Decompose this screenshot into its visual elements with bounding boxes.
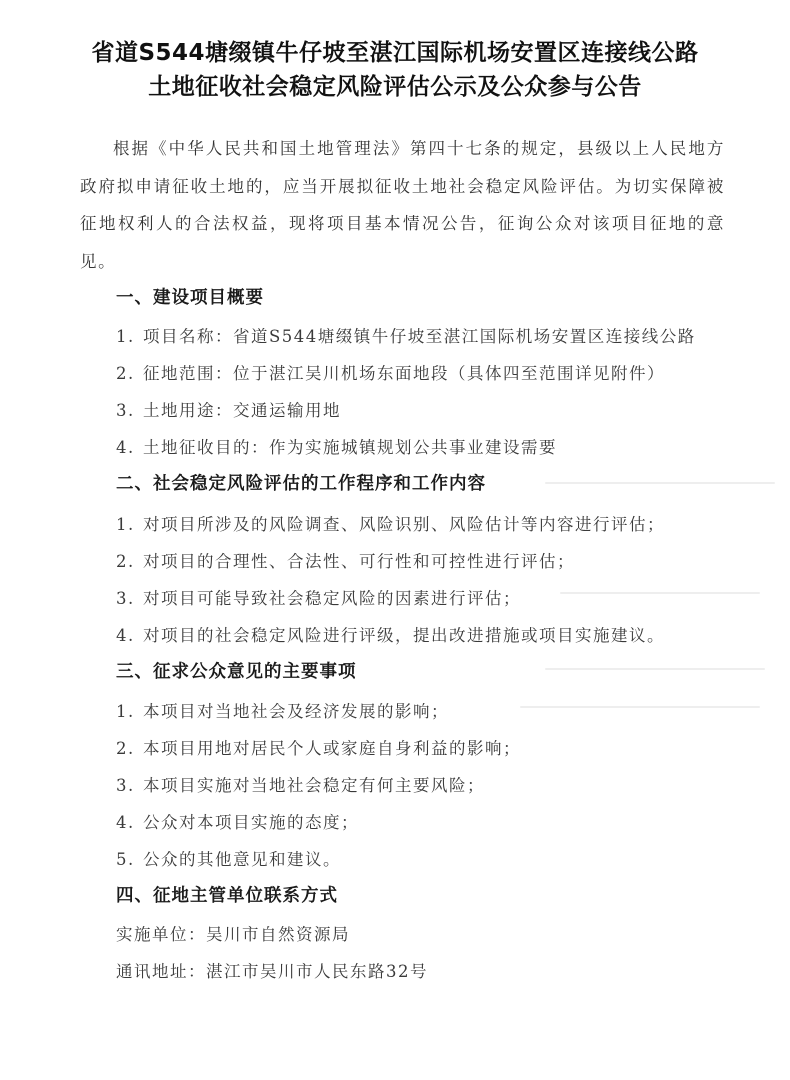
list-item: 2.对项目的合理性、合法性、可行性和可控性进行评估；: [116, 548, 575, 572]
section-heading-2: 二、社会稳定风险评估的工作程序和工作内容: [116, 470, 486, 495]
scan-noise: [545, 668, 765, 670]
list-item: 3.本项目实施对当地社会稳定有何主要风险；: [116, 772, 485, 796]
section-heading-1: 一、建设项目概要: [116, 284, 264, 309]
list-item: 1.对项目所涉及的风险调查、风险识别、风险估计等内容进行评估；: [116, 511, 665, 535]
list-item: 4.对项目的社会稳定风险进行评级，提出改进措施或项目实施建议。: [116, 622, 665, 646]
intro-paragraph: 根据《中华人民共和国土地管理法》第四十七条的规定，县级以上人民地方政府拟申请征收…: [80, 130, 725, 280]
list-item: 4.公众对本项目实施的态度；: [116, 809, 359, 833]
scan-noise: [520, 706, 760, 708]
contact-address: 通讯地址：湛江市吴川市人民东路32号: [116, 958, 428, 982]
list-item: 1.本项目对当地社会及经济发展的影响；: [116, 698, 449, 722]
contact-unit: 实施单位：吴川市自然资源局: [116, 921, 350, 945]
list-item: 4.土地征收目的：作为实施城镇规划公共事业建设需要: [116, 434, 557, 458]
list-item: 2.征地范围：位于湛江吴川机场东面地段（具体四至范围详见附件）: [116, 360, 665, 384]
list-item: 1.项目名称：省道S544塘缀镇牛仔坡至湛江国际机场安置区连接线公路: [116, 323, 696, 347]
document-title-line-1: 省道S544塘缀镇牛仔坡至湛江国际机场安置区连接线公路: [0, 34, 790, 67]
list-item: 3.对项目可能导致社会稳定风险的因素进行评估；: [116, 585, 521, 609]
section-heading-4: 四、征地主管单位联系方式: [116, 882, 338, 907]
list-item: 3.土地用途：交通运输用地: [116, 397, 341, 421]
section-heading-3: 三、征求公众意见的主要事项: [116, 658, 357, 683]
scan-noise: [545, 482, 775, 484]
list-item: 2.本项目用地对居民个人或家庭自身利益的影响；: [116, 735, 521, 759]
list-item: 5.公众的其他意见和建议。: [116, 846, 341, 870]
document-page: 省道S544塘缀镇牛仔坡至湛江国际机场安置区连接线公路 土地征收社会稳定风险评估…: [0, 0, 790, 1080]
document-title-line-2: 土地征收社会稳定风险评估公示及公众参与公告: [0, 68, 790, 101]
scan-noise: [560, 592, 760, 594]
